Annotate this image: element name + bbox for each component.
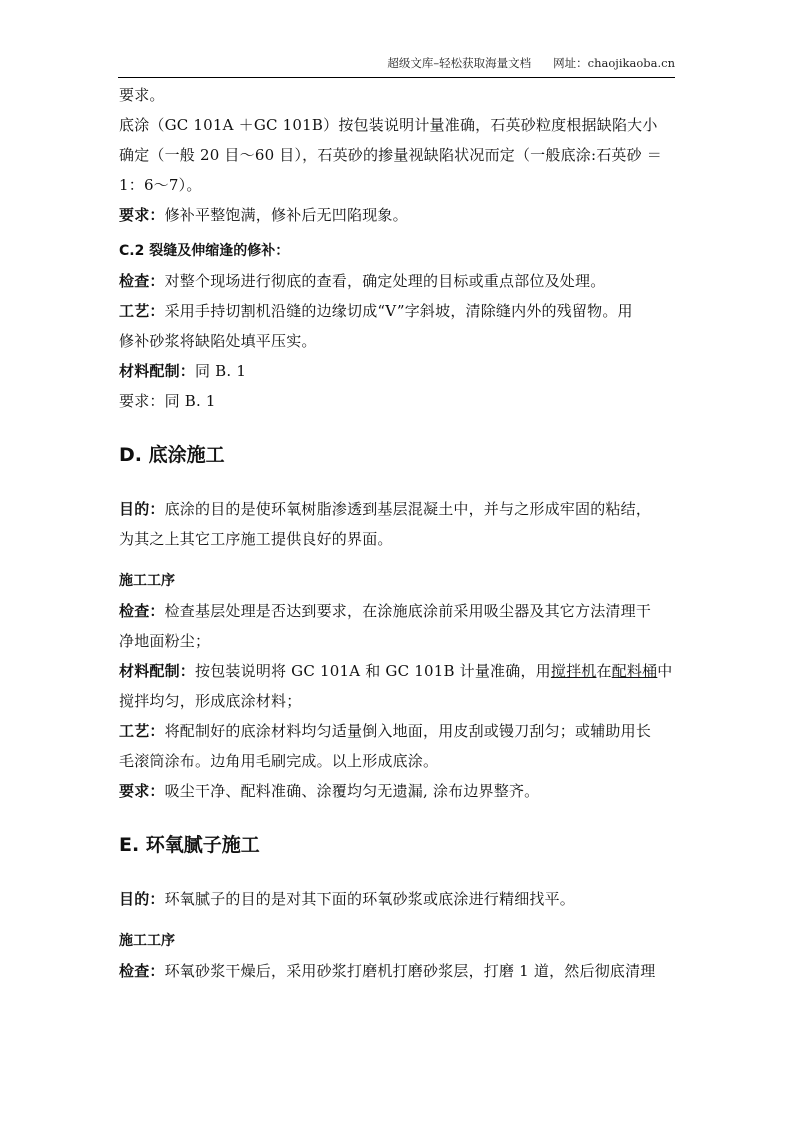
material-line: 材料配制：按包装说明将 GC 101A 和 GC 101B 计量准确，用搅拌机在…	[119, 656, 677, 686]
check-line: 检查：对整个现场进行彻底的查看，确定处理的目标或重点部位及处理。	[119, 266, 677, 296]
purpose-line: 目的：底涂的目的是使环氧树脂渗透到基层混凝土中，并与之形成牢固的粘结，	[119, 494, 677, 524]
text-line: 要求。	[119, 80, 677, 110]
site-url: 网址：chaojikaoba.cn	[553, 55, 675, 71]
text: 同 B. 1	[165, 392, 216, 410]
text-line: 确定（一般 20 目～60 目），石英砂的掺量视缺陷状况而定（一般底涂:石英砂 …	[119, 140, 677, 170]
text: 按包装说明将 GC 101A 和 GC 101B 计量准确，用	[195, 662, 551, 680]
section-d-title: D. 底涂施工	[119, 440, 677, 470]
text: 底涂的目的是使环氧树脂渗透到基层混凝土中，并与之形成牢固的粘结，	[165, 500, 651, 518]
text: 修补平整饱满，修补后无凹陷现象。	[165, 206, 408, 224]
text-line: 修补砂浆将缺陷处填平压实。	[119, 326, 677, 356]
document-body: 要求。 底涂（GC 101A ＋GC 101B）按包装说明计量准确，石英砂粒度根…	[119, 80, 677, 986]
text-line: 净地面粉尘；	[119, 626, 677, 656]
text: 采用手持切割机沿缝的边缘切成“V”字斜坡，清除缝内外的残留物。用	[165, 302, 633, 320]
text: 中	[657, 662, 672, 680]
purpose-line: 目的：环氧腻子的目的是对其下面的环氧砂浆或底涂进行精细找平。	[119, 884, 677, 914]
text: 同 B. 1	[195, 362, 246, 380]
requirement-line: 要求：修补平整饱满，修补后无凹陷现象。	[119, 200, 677, 230]
text-line: 底涂（GC 101A ＋GC 101B）按包装说明计量准确，石英砂粒度根据缺陷大…	[119, 110, 677, 140]
text: 对整个现场进行彻底的查看，确定处理的目标或重点部位及处理。	[165, 272, 606, 290]
process-title: 施工工序	[119, 926, 677, 956]
text: 环氧砂浆干燥后，采用砂浆打磨机打磨砂浆层，打磨 1 道，然后彻底清理	[165, 962, 656, 980]
text: 在	[596, 662, 611, 680]
label: 目的：	[119, 500, 165, 518]
label: 要求：	[119, 206, 165, 224]
craft-line: 工艺：采用手持切割机沿缝的边缘切成“V”字斜坡，清除缝内外的残留物。用	[119, 296, 677, 326]
label: 目的：	[119, 890, 165, 908]
text: 将配制好的底涂材料均匀适量倒入地面，用皮刮或镘刀刮匀；或辅助用长	[165, 722, 651, 740]
process-title: 施工工序	[119, 566, 677, 596]
label: 工艺：	[119, 302, 165, 320]
section-e-title: E. 环氧腻子施工	[119, 830, 677, 860]
label: 检查：	[119, 602, 165, 620]
label: 材料配制：	[119, 362, 195, 380]
label: 要求：	[119, 782, 165, 800]
requirement-line: 要求：同 B. 1	[119, 386, 677, 416]
check-line: 检查：环氧砂浆干燥后，采用砂浆打磨机打磨砂浆层，打磨 1 道，然后彻底清理	[119, 956, 677, 986]
section-c2-title: C.2 裂缝及伸缩逢的修补：	[119, 236, 677, 266]
requirement-line: 要求：吸尘干净、配料准确、涂覆均匀无遗漏, 涂布边界整齐。	[119, 776, 677, 806]
text-line: 1：6～7）。	[119, 170, 677, 200]
text-line: 搅拌均匀，形成底涂材料；	[119, 686, 677, 716]
text: 环氧腻子的目的是对其下面的环氧砂浆或底涂进行精细找平。	[165, 890, 575, 908]
craft-line: 工艺：将配制好的底涂材料均匀适量倒入地面，用皮刮或镘刀刮匀；或辅助用长	[119, 716, 677, 746]
material-line: 材料配制：同 B. 1	[119, 356, 677, 386]
library-slogan: 超级文库–轻松获取海量文档	[387, 55, 531, 71]
label: 检查：	[119, 272, 165, 290]
text-line: 毛滚筒涂布。边角用毛刷完成。以上形成底涂。	[119, 746, 677, 776]
link-mixing-bucket[interactable]: 配料桶	[612, 662, 658, 680]
label: 检查：	[119, 962, 165, 980]
link-mixer[interactable]: 搅拌机	[551, 662, 597, 680]
label: 要求：	[119, 392, 165, 410]
text: 检查基层处理是否达到要求，在涂施底涂前采用吸尘器及其它方法清理干	[165, 602, 651, 620]
page-header: 超级文库–轻松获取海量文档网址：chaojikaoba.cn	[118, 55, 675, 78]
label: 材料配制：	[119, 662, 195, 680]
text-line: 为其之上其它工序施工提供良好的界面。	[119, 524, 677, 554]
check-line: 检查：检查基层处理是否达到要求，在涂施底涂前采用吸尘器及其它方法清理干	[119, 596, 677, 626]
text: 吸尘干净、配料准确、涂覆均匀无遗漏, 涂布边界整齐。	[165, 782, 540, 800]
label: 工艺：	[119, 722, 165, 740]
